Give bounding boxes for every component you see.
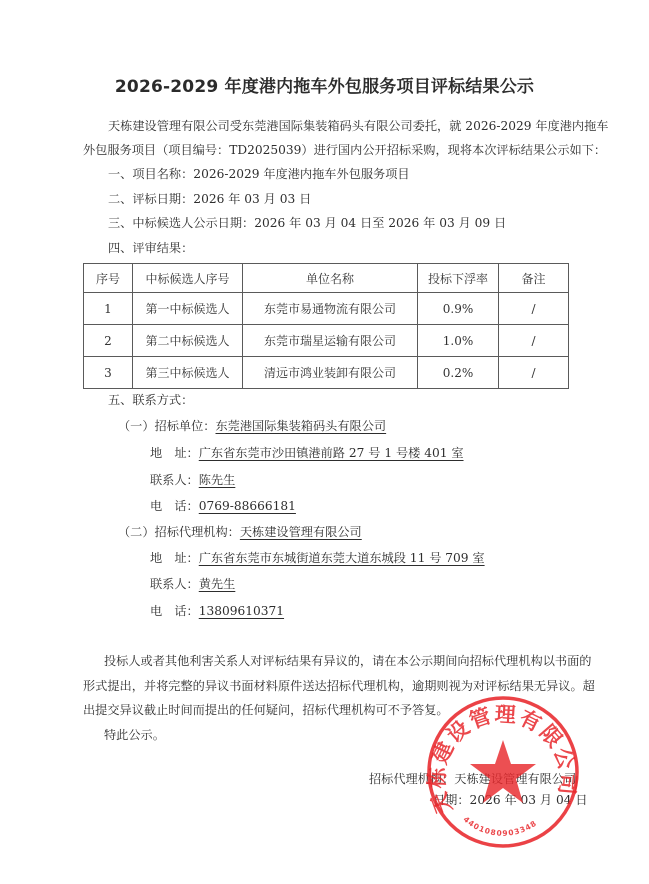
- svg-text:4401080903348: 4401080903348: [462, 815, 539, 838]
- table-header-row: 序号 中标候选人序号 单位名称 投标下浮率 备注: [84, 264, 569, 293]
- tenderer-line: （一）招标单位：东莞港国际集装箱码头有限公司: [118, 417, 386, 434]
- contact-heading: 五、联系方式：: [108, 391, 193, 408]
- agent-line: （二）招标代理机构：天栋建设管理有限公司: [118, 523, 362, 540]
- agent-phone: 13809610371: [199, 604, 284, 618]
- item-review-result: 四、评审结果：: [108, 239, 193, 256]
- agent-person: 黄先生: [199, 577, 236, 591]
- cell-index: 3: [84, 357, 133, 389]
- agent-label: （二）招标代理机构：: [118, 525, 240, 539]
- header-company-name: 单位名称: [243, 264, 418, 293]
- tenderer-address: 广东省东莞市沙田镇港前路 27 号 1 号楼 401 室: [199, 446, 464, 460]
- cell-remarks: /: [499, 357, 569, 389]
- agent-phone-label: 电 话：: [150, 604, 199, 618]
- document-title: 2026-2029 年度港内拖车外包服务项目评标结果公示: [0, 72, 649, 97]
- tenderer-person-label: 联系人：: [150, 473, 199, 487]
- cell-company-name: 清远市鸿业装卸有限公司: [243, 357, 418, 389]
- intro-line-1: 天栋建设管理有限公司受东莞港国际集装箱码头有限公司委托，就 2026-2029 …: [108, 117, 608, 134]
- agent-address-line: 地 址：广东省东莞市东城街道东莞大道东城段 11 号 709 室: [150, 549, 485, 566]
- objection-line-2: 形式提出，并将完整的异议书面材料原件送达招标代理机构，逾期则视为对评标结果无异议…: [83, 677, 595, 694]
- objection-line-1: 投标人或者其他利害关系人对评标结果有异议的，请在本公示期间向招标代理机构以书面的: [104, 652, 592, 669]
- tenderer-phone-line: 电 话：0769-88666181: [150, 497, 296, 514]
- agent-address-label: 地 址：: [150, 551, 199, 565]
- signature-agent: 招标代理机构：天栋建设管理有限公司: [369, 770, 576, 787]
- tenderer-person: 陈先生: [199, 473, 236, 487]
- header-discount-rate: 投标下浮率: [418, 264, 499, 293]
- cell-index: 1: [84, 293, 133, 325]
- closing-text: 特此公示。: [104, 726, 165, 743]
- result-table: 序号 中标候选人序号 单位名称 投标下浮率 备注 1 第一中标候选人 东莞市易通…: [83, 263, 569, 389]
- tenderer-label: （一）招标单位：: [118, 419, 216, 433]
- table-row: 1 第一中标候选人 东莞市易通物流有限公司 0.9% /: [84, 293, 569, 325]
- tenderer-address-label: 地 址：: [150, 446, 199, 460]
- cell-candidate-rank: 第二中标候选人: [133, 325, 243, 357]
- agent-name: 天栋建设管理有限公司: [240, 525, 362, 539]
- cell-index: 2: [84, 325, 133, 357]
- agent-phone-line: 电 话：13809610371: [150, 602, 284, 619]
- objection-line-3: 出提交异议截止时间而提出的任何疑问，招标代理机构可不予答复。: [83, 701, 449, 718]
- tenderer-address-line: 地 址：广东省东莞市沙田镇港前路 27 号 1 号楼 401 室: [150, 444, 464, 461]
- tenderer-phone: 0769-88666181: [199, 499, 296, 513]
- header-candidate-rank: 中标候选人序号: [133, 264, 243, 293]
- intro-line-2: 外包服务项目（项目编号：TD2025039）进行国内公开招标采购，现将本次评标结…: [83, 141, 606, 158]
- cell-discount-rate: 1.0%: [418, 325, 499, 357]
- signature-date: 日期：2026 年 03 月 04 日: [433, 791, 588, 808]
- agent-person-line: 联系人：黄先生: [150, 575, 235, 592]
- tenderer-phone-label: 电 话：: [150, 499, 199, 513]
- header-remarks: 备注: [499, 264, 569, 293]
- item-review-date: 二、评标日期：2026 年 03 月 03 日: [108, 190, 311, 207]
- tenderer-name: 东莞港国际集装箱码头有限公司: [216, 419, 387, 433]
- agent-address: 广东省东莞市东城街道东莞大道东城段 11 号 709 室: [199, 551, 485, 565]
- seal-code: 4401080903348: [462, 815, 539, 838]
- cell-company-name: 东莞市易通物流有限公司: [243, 293, 418, 325]
- cell-company-name: 东莞市瑞星运输有限公司: [243, 325, 418, 357]
- table-row: 3 第三中标候选人 清远市鸿业装卸有限公司 0.2% /: [84, 357, 569, 389]
- cell-remarks: /: [499, 325, 569, 357]
- table-row: 2 第二中标候选人 东莞市瑞星运输有限公司 1.0% /: [84, 325, 569, 357]
- tenderer-person-line: 联系人：陈先生: [150, 471, 235, 488]
- item-project-name: 一、项目名称：2026-2029 年度港内拖车外包服务项目: [108, 165, 410, 182]
- cell-candidate-rank: 第三中标候选人: [133, 357, 243, 389]
- item-publicity-date: 三、中标候选人公示日期：2026 年 03 月 04 日至 2026 年 03 …: [108, 214, 506, 231]
- cell-candidate-rank: 第一中标候选人: [133, 293, 243, 325]
- agent-person-label: 联系人：: [150, 577, 199, 591]
- cell-discount-rate: 0.2%: [418, 357, 499, 389]
- header-index: 序号: [84, 264, 133, 293]
- cell-discount-rate: 0.9%: [418, 293, 499, 325]
- cell-remarks: /: [499, 293, 569, 325]
